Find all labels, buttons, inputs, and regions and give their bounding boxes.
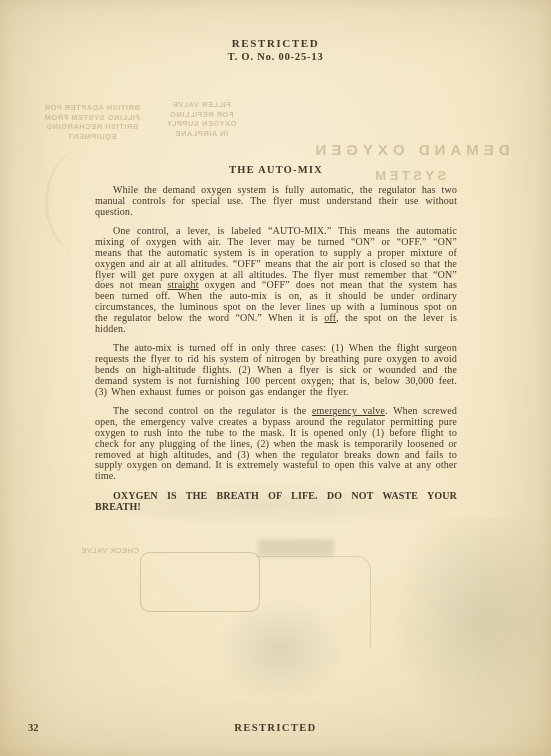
page-body: THE AUTO-MIX While the demand oxygen sys… [95, 165, 457, 523]
paragraph-emergency-valve: The second control on the regulator is t… [95, 407, 457, 483]
ghost-caption-british-adapter: BRITISH ADAPTER FORFILLING SYSTEM FROMBR… [32, 103, 152, 141]
ghost-title-demand-oxygen: DEMAND OXYGEN [295, 142, 525, 159]
page-header: RESTRICTED T. O. No. 00-25-13 [0, 38, 551, 63]
ghost-caption-filler-valve: FILLER VALVEFOR REFILLINGOXYGEN SUPPLYIN… [153, 100, 250, 138]
paragraph-three-cases: The auto-mix is turned off in only three… [95, 344, 457, 398]
document-number: T. O. No. 00-25-13 [0, 52, 551, 63]
header-classification: RESTRICTED [0, 38, 551, 50]
scanned-manual-page: { "header": { "classification": "RESTRIC… [0, 0, 551, 756]
paragraph-intro: While the demand oxygen system is fully … [95, 186, 457, 218]
page-title: THE AUTO-MIX [95, 165, 457, 176]
ghost-caption-check-valve: CHECK VALVE [73, 546, 139, 555]
ghost-illustration-smudge-center [213, 598, 348, 703]
slogan: OXYGEN IS THE BREATH OF LIFE. DO NOT WAS… [95, 492, 457, 514]
ghost-label-smudge [258, 539, 334, 556]
footer-classification: RESTRICTED [0, 723, 551, 734]
ghost-diagram-box [140, 552, 260, 612]
paragraph-auto-mix-lever: One control, a lever, is labeled “AUTO-M… [95, 227, 457, 335]
ghost-diagram-line [258, 556, 371, 649]
ghost-illustration-smudge-right [388, 518, 551, 743]
